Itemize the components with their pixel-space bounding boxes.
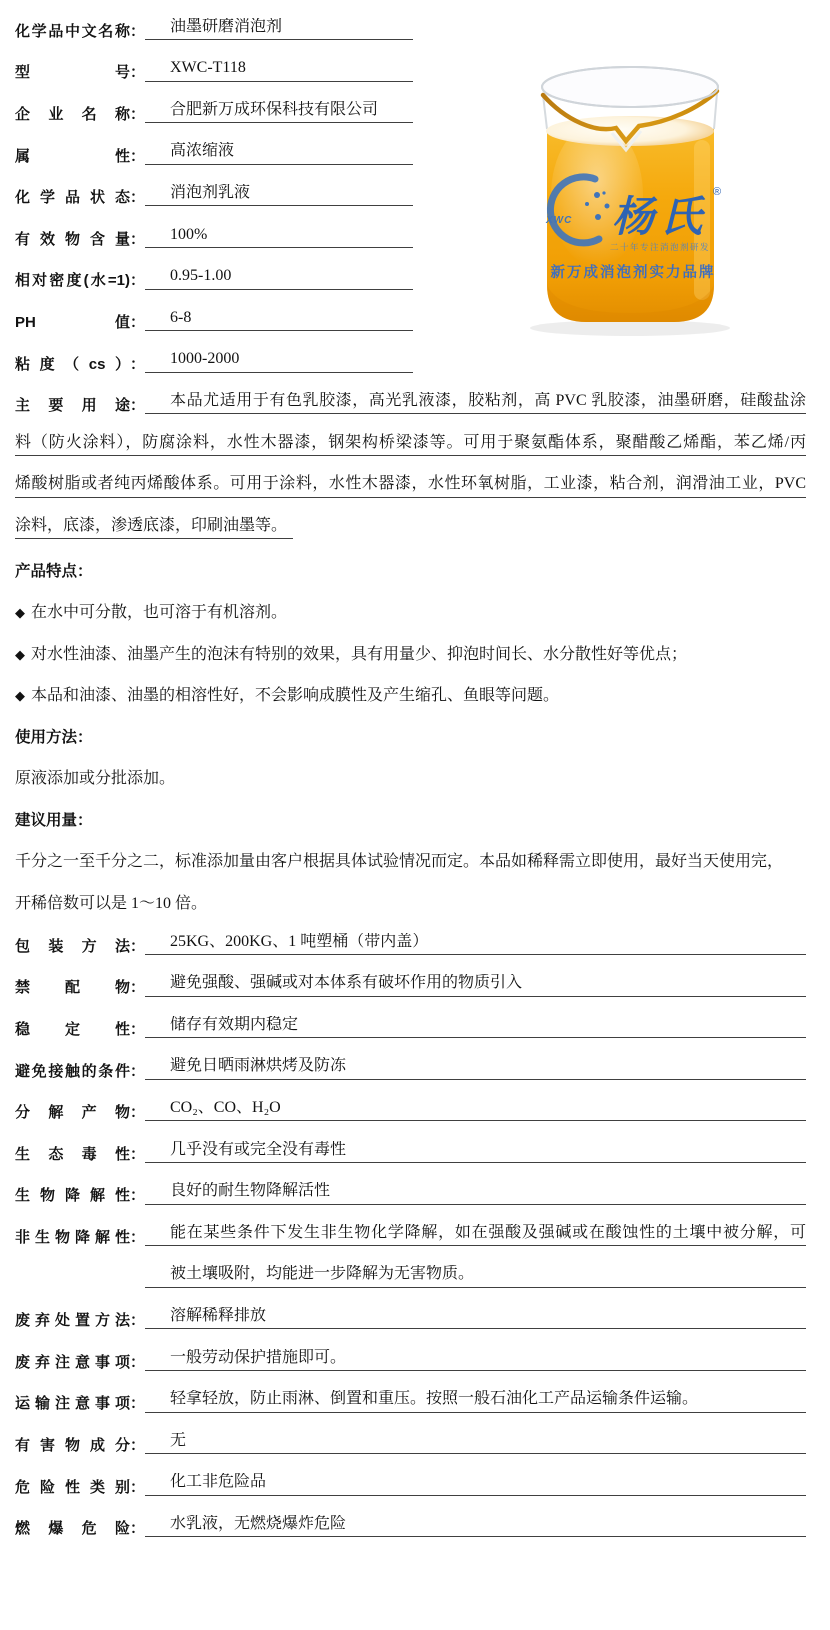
field-row-hazard-class: 危险性类别： 化工非危险品 (15, 1466, 806, 1496)
field-label: 废弃注意事项： (15, 1354, 145, 1371)
dosage-text-row: 开稀倍数可以是 1～10 倍。 (15, 883, 806, 913)
field-value: 化工非危险品 (145, 1473, 806, 1495)
field-label: 包装方法： (15, 938, 145, 955)
field-value: 25KG、200KG、1 吨塑桶（带内盖） (145, 933, 806, 955)
field-row-stability: 稳定性： 储存有效期内稳定 (15, 1008, 806, 1038)
dosage-line-2: 开稀倍数可以是 1～10 倍。 (15, 895, 207, 913)
field-row-ecotoxicity: 生态毒性： 几乎没有或完全没有毒性 (15, 1133, 806, 1163)
section-title: 建议用量： (15, 812, 93, 830)
section-dosage: 建议用量： (15, 800, 806, 830)
section-method: 使用方法： (15, 717, 806, 747)
field-value: 高浓缩液 (145, 142, 413, 164)
diamond-bullet-icon: ◆ (15, 688, 25, 703)
product-spec-document: XWC 杨氏 ® 二十年专注消泡剂研发 新万成消泡剂实力品牌 化学品中文名称： … (0, 0, 830, 1630)
field-value: 能在某些条件下发生非生物化学降解，如在强酸及强碱或在酸蚀性的土壤中被分解，可 (145, 1224, 806, 1246)
field-value: 良好的耐生物降解活性 (145, 1182, 806, 1204)
feature-text: 在水中可分散，也可溶于有机溶剂。 (31, 604, 287, 621)
field-value: 无 (145, 1432, 806, 1454)
field-row-transport-precautions: 运输注意事项： 轻拿轻放，防止雨淋、倒置和重压。按照一般石油化工产品运输条件运输… (15, 1383, 806, 1413)
field-row-disposal-method: 废弃处置方法： 溶解稀释排放 (15, 1299, 806, 1329)
field-row-decomposition-products: 分解产物： CO₂、CO、H₂O (15, 1091, 806, 1121)
field-value: 避免强酸、强碱或对本体系有破坏作用的物质引入 (145, 974, 806, 996)
field-row-chemical-name: 化学品中文名称： 油墨研磨消泡剂 (15, 10, 806, 40)
usage-line-2: 料（防火涂料），防腐涂料，水性木器漆，钢架构桥梁漆等。可用于聚氨酯体系，聚醋酸乙… (15, 434, 806, 456)
field-value-continuation: 被土壤吸附，均能进一步降解为无害物质。 (145, 1265, 806, 1287)
field-row-main-usage: 主要用途： 本品尤适用于有色乳胶漆，高光乳液漆，胶粘剂，高 PVC 乳胶漆，油墨… (15, 384, 806, 414)
field-row-conditions-to-avoid: 避免接触的条件： 避免日晒雨淋烘烤及防冻 (15, 1050, 806, 1080)
field-row-abiotic-degradability: 非生物降解性： 能在某些条件下发生非生物化学降解，如在强酸及强碱或在酸蚀性的土壤… (15, 1216, 806, 1246)
field-row-viscosity: 粘度（cs）： 1000-2000 (15, 343, 806, 373)
method-text-row: 原液添加或分批添加。 (15, 759, 806, 789)
field-label: 分解产物： (15, 1104, 145, 1121)
field-value: 溶解稀释排放 (145, 1307, 806, 1329)
field-label: 粘度（cs）： (15, 356, 145, 373)
feature-text: 本品和油漆、油墨的相溶性好，不会影响成膜性及产生缩孔、鱼眼等问题。 (31, 687, 559, 704)
brand-slogan-small: 二十年专注消泡剂研发 (610, 242, 710, 252)
field-value: CO₂、CO、H₂O (145, 1099, 806, 1121)
usage-line-3: 烯酸树脂或者纯丙烯酸体系。可用于涂料，水性木器漆，水性环氧树脂，工业漆，粘合剂，… (15, 475, 806, 497)
field-value: 水乳液，无燃烧爆炸危险 (145, 1515, 806, 1537)
field-label: 企业名称： (15, 106, 145, 123)
field-value: 100% (145, 226, 413, 248)
field-label: 有效物含量： (15, 231, 145, 248)
field-value: 1000-2000 (145, 350, 413, 372)
field-label: 燃爆危险： (15, 1520, 145, 1537)
field-value: XWC-T118 (145, 59, 413, 81)
field-label: 危险性类别： (15, 1479, 145, 1496)
usage-line-1: 本品尤适用于有色乳胶漆，高光乳液漆，胶粘剂，高 PVC 乳胶漆，油墨研磨，硅酸盐… (145, 392, 806, 414)
field-label: 生物降解性： (15, 1187, 145, 1204)
field-value: 一般劳动保护措施即可。 (145, 1349, 806, 1371)
field-value: 0.95-1.00 (145, 267, 413, 289)
usage-line-4: 涂料，底漆，渗透底漆，印刷油墨等。 (15, 517, 293, 539)
feature-item: ◆在水中可分散，也可溶于有机溶剂。 (15, 592, 806, 622)
field-value: 轻拿轻放，防止雨淋、倒置和重压。按照一般石油化工产品运输条件运输。 (145, 1390, 806, 1412)
brand-slogan-main: 新万成消泡剂实力品牌 (551, 263, 716, 281)
field-label: 废弃处置方法： (15, 1312, 145, 1329)
field-value: 储存有效期内稳定 (145, 1016, 806, 1038)
product-image: XWC 杨氏 ® 二十年专注消泡剂研发 新万成消泡剂实力品牌 (500, 45, 800, 345)
field-label: 禁配物： (15, 979, 145, 996)
field-value: 消泡剂乳液 (145, 184, 413, 206)
field-label: PH值： (15, 314, 145, 331)
section-title: 使用方法： (15, 729, 93, 747)
field-row-harmful-ingredients: 有害物成分： 无 (15, 1424, 806, 1454)
field-value: 几乎没有或完全没有毒性 (145, 1141, 806, 1163)
glass-wall-right (714, 93, 717, 129)
diamond-bullet-icon: ◆ (15, 647, 25, 662)
dosage-text-row: 千分之一至千分之二，标准添加量由客户根据具体试验情况而定。本品如稀释需立即使用，… (15, 842, 806, 872)
registered-mark: ® (713, 186, 721, 198)
field-row-incompatibles: 禁配物： 避免强酸、强碱或对本体系有破坏作用的物质引入 (15, 967, 806, 997)
dosage-line-1: 千分之一至千分之二，标准添加量由客户根据具体试验情况而定。本品如稀释需立即使用，… (15, 853, 806, 871)
field-label: 避免接触的条件： (15, 1063, 145, 1080)
field-label: 运输注意事项： (15, 1395, 145, 1412)
field-row-explosion-hazard: 燃爆危险： 水乳液，无燃烧爆炸危险 (15, 1507, 806, 1537)
field-label: 非生物降解性： (15, 1229, 145, 1246)
section-title: 产品特点： (15, 563, 93, 581)
field-label: 稳定性： (15, 1021, 145, 1038)
feature-item: ◆本品和油漆、油墨的相溶性好，不会影响成膜性及产生缩孔、鱼眼等问题。 (15, 676, 806, 706)
field-label: 型号： (15, 64, 145, 81)
field-row-packaging: 包装方法： 25KG、200KG、1 吨塑桶（带内盖） (15, 925, 806, 955)
method-text: 原液添加或分批添加。 (15, 770, 175, 788)
feature-text: 对水性油漆、油墨产生的泡沫有特别的效果，具有用量少、抑泡时间长、水分散性好等优点… (31, 646, 687, 663)
field-value: 避免日晒雨淋烘烤及防冻 (145, 1057, 806, 1079)
field-label: 主要用途： (15, 397, 145, 414)
usage-continuation-row: 料（防火涂料），防腐涂料，水性木器漆，钢架构桥梁漆等。可用于聚氨酯体系，聚醋酸乙… (15, 426, 806, 456)
field-label: 属性： (15, 148, 145, 165)
usage-continuation-row: 涂料，底漆，渗透底漆，印刷油墨等。 (15, 509, 806, 539)
field-label: 化学品中文名称： (15, 23, 145, 40)
field-label: 化学品状态： (15, 189, 145, 206)
field-row-disposal-precautions: 废弃注意事项： 一般劳动保护措施即可。 (15, 1341, 806, 1371)
beaker-shadow (530, 320, 730, 336)
diamond-bullet-icon: ◆ (15, 605, 25, 620)
field-value: 合肥新万成环保科技有限公司 (145, 101, 413, 123)
field-row-abiotic-degradability-cont: 被土壤吸附，均能进一步降解为无害物质。 (15, 1258, 806, 1288)
field-label: 相对密度(水=1)： (15, 272, 145, 289)
brand-name-text: 杨氏 (612, 194, 708, 241)
beaker-illustration: XWC 杨氏 ® 二十年专注消泡剂研发 新万成消泡剂实力品牌 (500, 45, 800, 345)
brand-abbr-text: XWC (545, 215, 572, 226)
section-features: 产品特点： (15, 551, 806, 581)
field-value: 油墨研磨消泡剂 (145, 18, 413, 40)
field-label: 生态毒性： (15, 1146, 145, 1163)
field-value: 6-8 (145, 309, 413, 331)
field-row-biodegradability: 生物降解性： 良好的耐生物降解活性 (15, 1175, 806, 1205)
field-label: 有害物成分： (15, 1437, 145, 1454)
feature-item: ◆对水性油漆、油墨产生的泡沫有特别的效果，具有用量少、抑泡时间长、水分散性好等优… (15, 634, 806, 664)
usage-continuation-row: 烯酸树脂或者纯丙烯酸体系。可用于涂料，水性木器漆，水性环氧树脂，工业漆，粘合剂，… (15, 468, 806, 498)
